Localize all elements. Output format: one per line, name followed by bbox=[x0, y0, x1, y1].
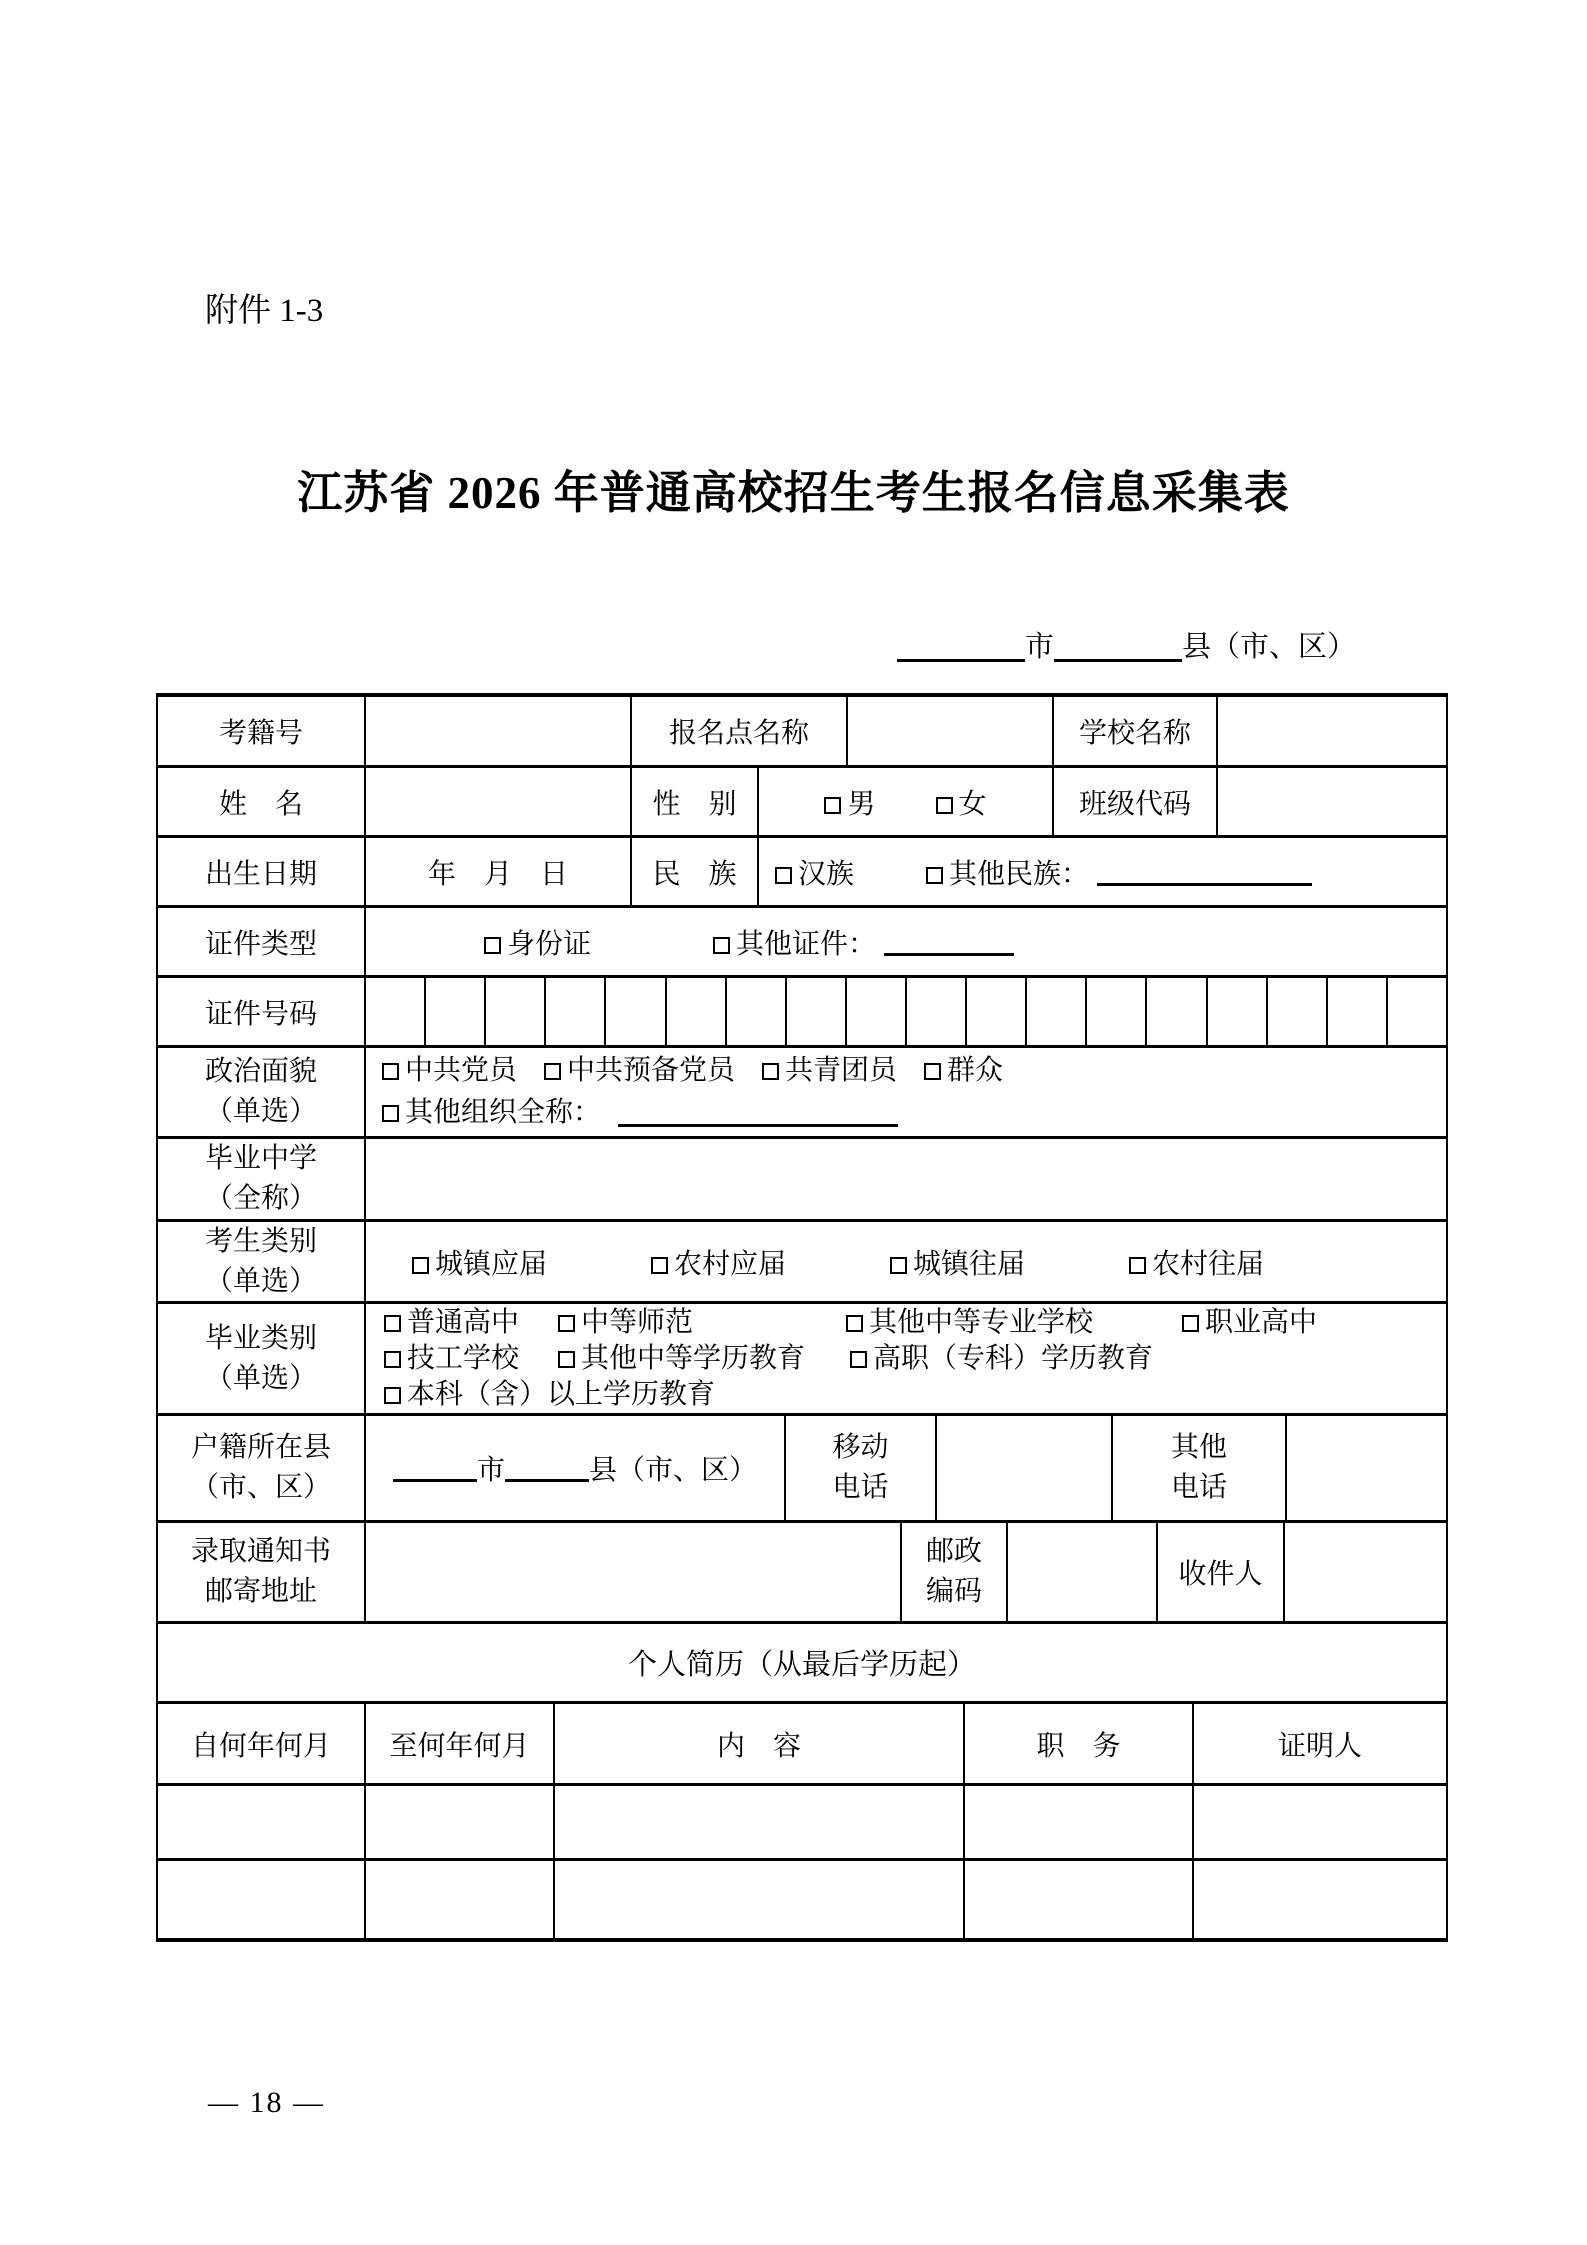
grad-option-secondary-normal[interactable]: 中等师范 bbox=[558, 1307, 693, 1338]
table-row: 考生类别 （单选） 城镇应届 农村应届 城镇往届 农村往届 bbox=[158, 1222, 1446, 1304]
checkbox-icon bbox=[558, 1315, 575, 1332]
id-type-options: 身份证 其他证件： bbox=[366, 908, 1446, 975]
ethnicity-label: 民 族 bbox=[632, 838, 759, 905]
id-digit-cell[interactable] bbox=[1328, 978, 1388, 1045]
ethnicity-other-fill-blank[interactable] bbox=[1097, 858, 1312, 886]
exam-reg-no-field[interactable] bbox=[366, 697, 632, 765]
id-digit-cell[interactable] bbox=[486, 978, 546, 1045]
mobile-phone-label: 移动 电话 bbox=[786, 1416, 937, 1520]
candidate-option-rural-former[interactable]: 农村往届 bbox=[1129, 1242, 1264, 1282]
id-digit-cell[interactable] bbox=[606, 978, 666, 1045]
checkbox-icon bbox=[544, 1063, 561, 1080]
residence-label: 户籍所在县 （市、区） bbox=[158, 1416, 366, 1520]
political-option-league-member[interactable]: 共青团员 bbox=[762, 1055, 897, 1086]
resume-entry-row bbox=[158, 1786, 1446, 1861]
table-row: 证件号码 bbox=[158, 978, 1446, 1048]
other-org-fill-blank[interactable] bbox=[618, 1099, 898, 1127]
ethnicity-options: 汉族 其他民族： bbox=[759, 838, 1446, 905]
birth-date-field[interactable]: 年 月 日 bbox=[366, 838, 632, 905]
resume-content-field[interactable] bbox=[555, 1861, 965, 1938]
candidate-type-options: 城镇应届 农村应届 城镇往届 农村往届 bbox=[366, 1222, 1446, 1301]
grad-option-higher-vocational[interactable]: 高职（专科）学历教育 bbox=[850, 1343, 1153, 1374]
ethnicity-option-han[interactable]: 汉族 bbox=[775, 852, 854, 892]
checkbox-icon bbox=[384, 1315, 401, 1332]
checkbox-icon bbox=[762, 1063, 779, 1080]
attachment-label: 附件 1-3 bbox=[205, 284, 323, 331]
resume-content-field[interactable] bbox=[555, 1786, 965, 1858]
city-fill-blank[interactable] bbox=[897, 633, 1025, 662]
checkbox-icon bbox=[412, 1257, 429, 1274]
id-digit-cell[interactable] bbox=[847, 978, 907, 1045]
resume-col-certifier: 证明人 bbox=[1194, 1704, 1446, 1783]
graduation-type-options: 普通高中 中等师范 其他中等专业学校 职业高中 技工学校 其他中等学历教育 高职… bbox=[366, 1304, 1446, 1413]
resume-to-field[interactable] bbox=[366, 1786, 555, 1858]
exam-reg-no-label: 考籍号 bbox=[158, 697, 366, 765]
checkbox-icon bbox=[651, 1257, 668, 1274]
school-name-label: 学校名称 bbox=[1054, 697, 1218, 765]
residence-county-fill-blank[interactable] bbox=[505, 1454, 589, 1482]
table-row: 自何年何月 至何年何月 内 容 职 务 证明人 bbox=[158, 1704, 1446, 1786]
table-row: 毕业类别 （单选） 普通高中 中等师范 其他中等专业学校 职业高中 技工学校 其… bbox=[158, 1304, 1446, 1416]
id-digit-cell[interactable] bbox=[546, 978, 606, 1045]
other-phone-field[interactable] bbox=[1287, 1416, 1446, 1520]
recipient-label: 收件人 bbox=[1158, 1523, 1285, 1621]
checkbox-icon bbox=[924, 1063, 941, 1080]
checkbox-icon bbox=[1129, 1257, 1146, 1274]
resume-position-field[interactable] bbox=[965, 1861, 1194, 1938]
grad-option-regular-high[interactable]: 普通高中 bbox=[384, 1307, 519, 1338]
postal-code-label: 邮政 编码 bbox=[902, 1523, 1008, 1621]
ethnicity-option-other[interactable]: 其他民族： bbox=[926, 852, 1089, 892]
id-digit-cell[interactable] bbox=[667, 978, 727, 1045]
resume-position-field[interactable] bbox=[965, 1786, 1194, 1858]
resume-col-from: 自何年何月 bbox=[158, 1704, 366, 1783]
id-digit-cell[interactable] bbox=[1027, 978, 1087, 1045]
checkbox-icon bbox=[484, 937, 501, 954]
candidate-type-label: 考生类别 （单选） bbox=[158, 1222, 366, 1301]
id-digit-cell[interactable] bbox=[426, 978, 486, 1045]
table-row: 证件类型 身份证 其他证件： bbox=[158, 908, 1446, 978]
id-type-label: 证件类型 bbox=[158, 908, 366, 975]
id-digit-cell[interactable] bbox=[907, 978, 967, 1045]
table-row: 考籍号 报名点名称 学校名称 bbox=[158, 697, 1446, 768]
recipient-field[interactable] bbox=[1285, 1523, 1446, 1621]
registration-form-table: 考籍号 报名点名称 学校名称 姓 名 性 别 男 女 班级代码 出生日期 年 月… bbox=[156, 693, 1448, 1942]
name-field[interactable] bbox=[366, 768, 632, 835]
id-digit-cell[interactable] bbox=[1208, 978, 1268, 1045]
id-type-option-idcard[interactable]: 身份证 bbox=[484, 922, 591, 962]
table-row: 政治面貌 （单选） 中共党员 中共预备党员 共青团员 群众 其他组织全称： bbox=[158, 1048, 1446, 1139]
political-status-label: 政治面貌 （单选） bbox=[158, 1048, 366, 1136]
political-option-masses[interactable]: 群众 bbox=[924, 1055, 1003, 1086]
table-row: 户籍所在县 （市、区） 市县（市、区） 移动 电话 其他 电话 bbox=[158, 1416, 1446, 1523]
grad-option-other-secondary-specialized[interactable]: 其他中等专业学校 bbox=[846, 1307, 1093, 1338]
political-option-other-org[interactable]: 其他组织全称： bbox=[382, 1097, 601, 1128]
other-phone-label: 其他 电话 bbox=[1113, 1416, 1287, 1520]
id-number-label: 证件号码 bbox=[158, 978, 366, 1045]
school-name-field[interactable] bbox=[1218, 697, 1446, 765]
reg-point-field[interactable] bbox=[848, 697, 1054, 765]
table-row: 出生日期 年 月 日 民 族 汉族 其他民族： bbox=[158, 838, 1446, 908]
mail-address-label: 录取通知书 邮寄地址 bbox=[158, 1523, 366, 1621]
reg-point-label: 报名点名称 bbox=[632, 697, 848, 765]
birth-date-label: 出生日期 bbox=[158, 838, 366, 905]
id-digit-cell[interactable] bbox=[366, 978, 426, 1045]
checkbox-icon bbox=[775, 867, 792, 884]
document-page: 附件 1-3 江苏省 2026 年普通高校招生考生报名信息采集表 市县（市、区）… bbox=[0, 0, 1587, 2245]
checkbox-icon bbox=[846, 1315, 863, 1332]
id-digit-cell[interactable] bbox=[787, 978, 847, 1045]
gender-option-female[interactable]: 女 bbox=[936, 782, 987, 822]
table-row: 个人简历（从最后学历起） bbox=[158, 1624, 1446, 1704]
grad-option-technical-school[interactable]: 技工学校 bbox=[384, 1343, 519, 1374]
class-code-field[interactable] bbox=[1218, 768, 1446, 835]
county-suffix-label: 县（市、区） bbox=[1182, 631, 1356, 663]
grad-option-bachelor-above[interactable]: 本科（含）以上学历教育 bbox=[384, 1379, 715, 1410]
resume-certifier-field[interactable] bbox=[1194, 1861, 1446, 1938]
gender-options: 男 女 bbox=[759, 768, 1054, 835]
resume-col-position: 职 务 bbox=[965, 1704, 1194, 1783]
name-label: 姓 名 bbox=[158, 768, 366, 835]
page-title: 江苏省 2026 年普通高校招生考生报名信息采集表 bbox=[0, 456, 1587, 521]
political-status-options: 中共党员 中共预备党员 共青团员 群众 其他组织全称： bbox=[366, 1048, 1446, 1136]
id-digit-cell[interactable] bbox=[1087, 978, 1147, 1045]
resume-from-field[interactable] bbox=[158, 1786, 366, 1858]
location-line: 市县（市、区） bbox=[0, 624, 1356, 665]
gender-label: 性 别 bbox=[632, 768, 759, 835]
resume-certifier-field[interactable] bbox=[1194, 1786, 1446, 1858]
id-digit-cell[interactable] bbox=[1147, 978, 1207, 1045]
residence-city-fill-blank[interactable] bbox=[393, 1454, 477, 1482]
mobile-phone-field[interactable] bbox=[937, 1416, 1113, 1520]
id-digit-cell[interactable] bbox=[1388, 978, 1446, 1045]
political-option-ccp-probationary[interactable]: 中共预备党员 bbox=[544, 1055, 735, 1086]
resume-col-content: 内 容 bbox=[555, 1704, 965, 1783]
residence-field[interactable]: 市县（市、区） bbox=[366, 1416, 786, 1520]
id-digit-cell[interactable] bbox=[727, 978, 787, 1045]
political-option-ccp-member[interactable]: 中共党员 bbox=[382, 1055, 517, 1086]
graduate-school-field[interactable] bbox=[366, 1139, 1446, 1219]
id-digit-cell[interactable] bbox=[1268, 978, 1328, 1045]
resume-col-to: 至何年何月 bbox=[366, 1704, 555, 1783]
candidate-option-urban-former[interactable]: 城镇往届 bbox=[890, 1242, 1025, 1282]
table-row: 录取通知书 邮寄地址 邮政 编码 收件人 bbox=[158, 1523, 1446, 1624]
resume-from-field[interactable] bbox=[158, 1861, 366, 1938]
checkbox-icon bbox=[936, 797, 953, 814]
gender-option-male[interactable]: 男 bbox=[824, 782, 875, 822]
id-number-cells bbox=[366, 978, 1446, 1045]
resume-entry-row bbox=[158, 1861, 1446, 1938]
graduation-type-label: 毕业类别 （单选） bbox=[158, 1304, 366, 1413]
mail-address-field[interactable] bbox=[366, 1523, 902, 1621]
grad-option-other-secondary-education[interactable]: 其他中等学历教育 bbox=[558, 1343, 805, 1374]
checkbox-icon bbox=[382, 1105, 399, 1122]
checkbox-icon bbox=[926, 867, 943, 884]
checkbox-icon bbox=[384, 1387, 401, 1404]
table-row: 毕业中学 （全称） bbox=[158, 1139, 1446, 1222]
grad-option-vocational-high[interactable]: 职业高中 bbox=[1182, 1307, 1317, 1338]
id-digit-cell[interactable] bbox=[967, 978, 1027, 1045]
candidate-option-urban-fresh[interactable]: 城镇应届 bbox=[412, 1242, 547, 1282]
checkbox-icon bbox=[850, 1351, 867, 1368]
table-row: 姓 名 性 别 男 女 班级代码 bbox=[158, 768, 1446, 838]
postal-code-field[interactable] bbox=[1008, 1523, 1158, 1621]
checkbox-icon bbox=[382, 1063, 399, 1080]
checkbox-icon bbox=[384, 1351, 401, 1368]
id-type-other-fill-blank[interactable] bbox=[884, 928, 1014, 956]
resume-section-title: 个人简历（从最后学历起） bbox=[158, 1624, 1446, 1701]
county-fill-blank[interactable] bbox=[1054, 633, 1182, 662]
graduate-school-label: 毕业中学 （全称） bbox=[158, 1139, 366, 1219]
checkbox-icon bbox=[1182, 1315, 1199, 1332]
class-code-label: 班级代码 bbox=[1054, 768, 1218, 835]
page-number: — 18 — bbox=[208, 2086, 325, 2120]
id-type-option-other[interactable]: 其他证件： bbox=[713, 922, 876, 962]
city-suffix-label: 市 bbox=[1025, 631, 1054, 663]
checkbox-icon bbox=[713, 937, 730, 954]
checkbox-icon bbox=[824, 797, 841, 814]
resume-to-field[interactable] bbox=[366, 1861, 555, 1938]
checkbox-icon bbox=[558, 1351, 575, 1368]
checkbox-icon bbox=[890, 1257, 907, 1274]
candidate-option-rural-fresh[interactable]: 农村应届 bbox=[651, 1242, 786, 1282]
